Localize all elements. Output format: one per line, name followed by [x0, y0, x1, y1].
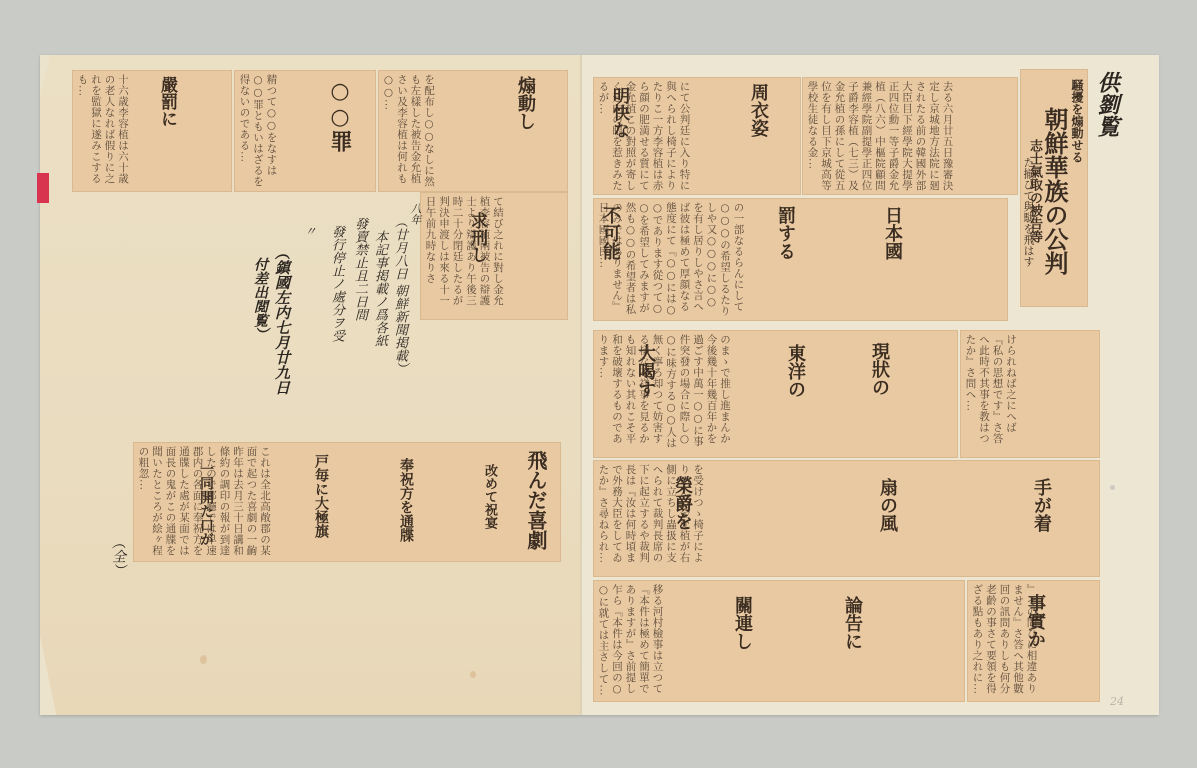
section-heading: 大喝す: [632, 344, 658, 398]
clipping-sentencing: て結び之れに對し金允植李容植兩被告の辯護士より辯護あり午後三時二十分閉廷したるが…: [420, 192, 568, 320]
document-sheet: 十六歳李容植は六十歳の老人なれば假りに之れを監獄に遂みこするも... 嚴罰に 精…: [40, 55, 1158, 715]
clipping-section-6: 』その問ひに相違ありません』さ答へ其他數回の訊問ありしも何分老齡の事さて要領を得…: [967, 580, 1100, 702]
clipping-section-2: の一部なるらんにして○○○の希望しるたりしや又○○○に○○を有し居りしやさ言へば…: [593, 198, 1008, 321]
handwritten-note-line2: 本記事掲載ノ爲各紙: [370, 230, 389, 347]
comedy-heading: 奉祝方を通牒: [396, 458, 416, 542]
clipping-section-1: にて公判廷に入り特に與へられし椅子によりたりこ一方李容植は赤ら顔の肥満せる質にて…: [593, 77, 801, 195]
section-heading: 榮爵を: [669, 476, 695, 530]
clipping-text: 去る六月廿五日豫審決定し京城地方法院に廻されたる前の韓國外部大臣目下經學院大提學…: [802, 77, 957, 195]
clipping-heading: 嚴罰に: [155, 76, 180, 127]
handwritten-note-line4: 發行停止ノ處分ヲ受: [327, 225, 346, 342]
subhead-2: た揃ひて與駄を飛はす: [1020, 157, 1036, 267]
clipping-left-top-a: 十六歳李容植は六十歳の老人なれば假りに之れを監獄に遂みこするも... 嚴罰に: [72, 70, 232, 192]
section-heading: 手が着: [1028, 478, 1054, 532]
clipping-text: て結び之れに對し金允植李容植兩被告の辯護士より辯護あり午後三時二十分閉廷したるが…: [420, 192, 507, 320]
corner-number: 24: [1110, 695, 1124, 708]
clipping-heading: 求刑し: [465, 212, 490, 263]
clipping-left-top-c: を配布し○○なしに然も左樣した被告金允植さい及李容植は何れも○○... 煽動し: [378, 70, 568, 192]
clipping-section-3: のまゝで推し進まんか今後幾十年幾百年かを過ごす中萬一○○に事件突發の場合に際し○…: [593, 330, 958, 458]
foxing-spot: [1110, 485, 1115, 490]
handwritten-note-line3: 發賣禁止且二日間: [350, 217, 369, 321]
clipping-lead: 去る六月廿五日豫審決定し京城地方法院に廻されたる前の韓國外部大臣目下經學院大提學…: [802, 77, 1018, 195]
clipping-text: のまゝで推し進まんか今後幾十年幾百年かを過ごす中萬一○○に事件突發の場合に際し○…: [593, 330, 734, 458]
handwritten-ditto: 〃: [302, 225, 319, 237]
page-fold: [580, 55, 582, 715]
foxing-spot: [470, 671, 476, 678]
comedy-heading: 戸毎に大極旗: [311, 454, 331, 538]
section-heading: 扇の風: [874, 478, 900, 532]
clipping-left-top-b: 精つて○○をなすは○○罪ともいはざるを得ないのである... ○○罪: [234, 70, 376, 192]
section-heading: 事實か: [1022, 594, 1048, 648]
clipping-heading: ○○罪: [325, 78, 356, 152]
red-tab-marker: [37, 173, 49, 203]
handwritten-year: 八年: [407, 203, 423, 225]
handwritten-note-line5: （鎮國左内七月廿九日: [272, 245, 293, 395]
section-heading: 關連し: [729, 596, 755, 650]
clipping-section-4: を受けつゝ椅子によりゐたる金允植が右側に立ちし蟲扱に支へられて裁判長席の下に起立…: [593, 460, 1100, 577]
section-heading: 不可能: [597, 206, 623, 260]
handwritten-note-line1: （廿月八日 朝鮮新聞掲載）: [390, 215, 409, 375]
comedy-headline: 飛んだ喜劇: [522, 450, 551, 550]
clipping-section-3b: けられねば之にへば『私の思想です』さ答へ此時不其事を教はつたか』さ問へ...: [960, 330, 1100, 458]
comedy-heading: 一同開た口が: [196, 462, 216, 546]
clipping-comedy: これは全北高敞郡の某面で起つた喜劇の一齣昨年は去月三十日講和條約の調印の報が到達…: [133, 442, 561, 562]
handwritten-tag: 供劉覧: [1092, 71, 1123, 137]
section-heading: 現狀の: [866, 342, 892, 396]
clipping-text: を配布し○○なしに然も左樣した被告金允植さい及李容植は何れも○○...: [378, 70, 438, 192]
clipping-text: 十六歳李容植は六十歳の老人なれば假りに之れを監獄に遂みこするも...: [72, 70, 132, 192]
section-heading: 罰する: [772, 206, 798, 260]
section-heading: 明快な: [607, 87, 632, 138]
clipping-text: 精つて○○をなすは○○罪ともいはざるを得ないのである...: [234, 70, 281, 192]
clipping-heading: 煽動し: [512, 76, 538, 130]
section-heading: 論告に: [839, 596, 865, 650]
section-heading: 東洋の: [782, 344, 808, 398]
handwritten-note-line6: 付差出閲覧）: [250, 257, 270, 341]
clipping-text: けられねば之にへば『私の思想です』さ答へ此時不其事を教はつたか』さ問へ...: [960, 330, 1020, 458]
comedy-subhead: 改めて祝宴: [480, 464, 499, 529]
clipping-text: 移る河村檢事は立つて『本件は極めて簡單でありますが』さ前提し乍ら『本件は今回の○…: [593, 580, 667, 702]
clipping-section-5: 移る河村檢事は立つて『本件は極めて簡單でありますが』さ前提し乍ら『本件は今回の○…: [593, 580, 965, 702]
section-heading: 日本國: [879, 206, 905, 260]
main-headline-clipping: 騒擾を煽動せる 朝鮮華族の公判 志士氣取の被告等 た揃ひて與駄を飛はす: [1020, 69, 1088, 307]
section-heading: 周衣姿: [745, 83, 771, 137]
foxing-spot: [200, 655, 207, 664]
end-mark: （全）: [108, 535, 128, 577]
